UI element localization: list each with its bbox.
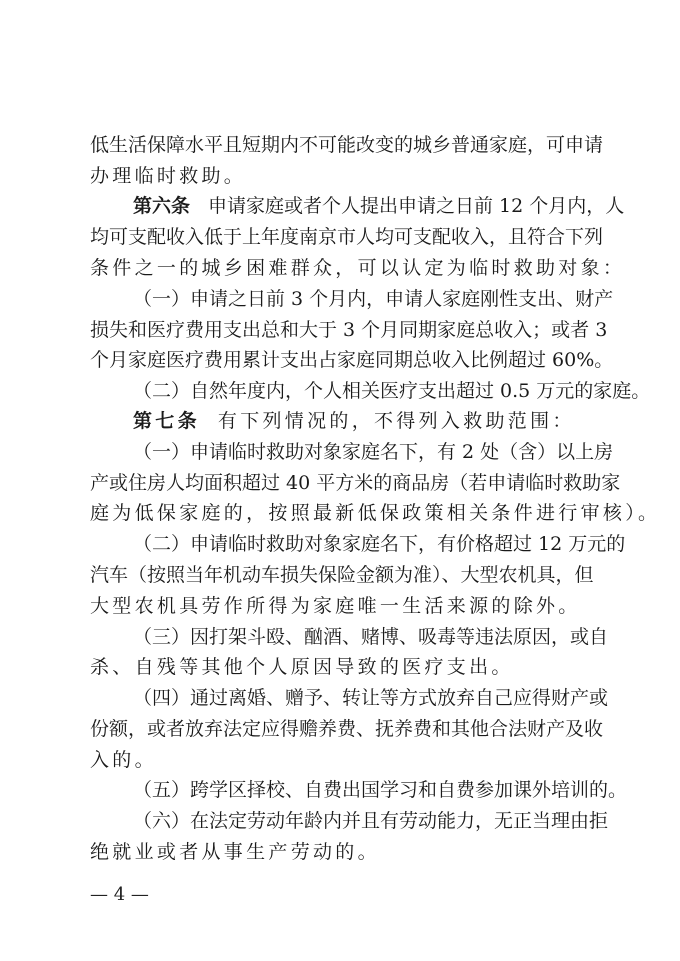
text-line: （二）申请临时救助对象家庭名下，有价格超过 12 万元的 <box>133 529 588 559</box>
article-six-line: 第六条申请家庭或者个人提出申请之日前 12 个月内，人 <box>133 191 588 221</box>
text-line: （五）跨学区择校、自费出国学习和自费参加课外培训的。 <box>133 775 588 805</box>
text-line: 个月家庭医疗费用累计支出占家庭同期总收入比例超过 60%。 <box>90 345 588 375</box>
text-line: （四）通过离婚、赠予、转让等方式放弃自己应得财产或 <box>133 683 588 713</box>
text-line: 办理临时救助。 <box>90 161 588 191</box>
text-line: 绝就业或者从事生产劳动的。 <box>90 837 588 867</box>
text-line: 条件之一的城乡困难群众，可以认定为临时救助对象： <box>90 253 588 283</box>
article-seven-heading: 第七条 <box>133 410 200 432</box>
text-line: 均可支配收入低于上年度南京市人均可支配收入，且符合下列 <box>90 222 588 252</box>
text-line: 低生活保障水平且短期内不可能改变的城乡普通家庭，可申请 <box>90 130 588 160</box>
text-line: 份额，或者放弃法定应得赡养费、抚养费和其他合法财产及收 <box>90 714 588 744</box>
article-seven-line: 第七条有下列情况的，不得列入救助范围： <box>133 406 588 436</box>
text-line: 庭为低保家庭的，按照最新低保政策相关条件进行审核）。 <box>90 498 588 528</box>
text-line: 损失和医疗费用支出总和大于 3 个月同期家庭总收入；或者 3 <box>90 315 588 345</box>
text-line: 产或住房人均面积超过 40 平方米的商品房（若申请临时救助家 <box>90 468 588 498</box>
text-line: 汽车（按照当年机动车损失保险金额为准）、大型农机具，但 <box>90 560 588 590</box>
article-seven-text: 有下列情况的，不得列入救助范围： <box>218 410 575 432</box>
text-line: （一）申请临时救助对象家庭名下，有 2 处（含）以上房 <box>133 437 588 467</box>
text-line: 杀、自残等其他个人原因导致的医疗支出。 <box>90 652 588 682</box>
text-line: （三）因打架斗殴、酗酒、赌博、吸毒等违法原因，或自 <box>133 622 588 652</box>
article-six-heading: 第六条 <box>133 195 190 217</box>
text-line: （一）申请之日前 3 个月内，申请人家庭刚性支出、财产 <box>133 284 588 314</box>
document-page: 低生活保障水平且短期内不可能改变的城乡普通家庭，可申请 办理临时救助。 第六条申… <box>0 0 680 961</box>
text-line: 大型农机具劳作所得为家庭唯一生活来源的除外。 <box>90 591 588 621</box>
page-number: — 4 — <box>90 880 149 910</box>
text-line: 入的。 <box>90 745 588 775</box>
article-six-text: 申请家庭或者个人提出申请之日前 12 个月内，人 <box>208 195 624 217</box>
text-line: （二）自然年度内，个人相关医疗支出超过 0.5 万元的家庭。 <box>133 376 588 406</box>
text-line: （六）在法定劳动年龄内并且有劳动能力，无正当理由拒 <box>133 806 588 836</box>
